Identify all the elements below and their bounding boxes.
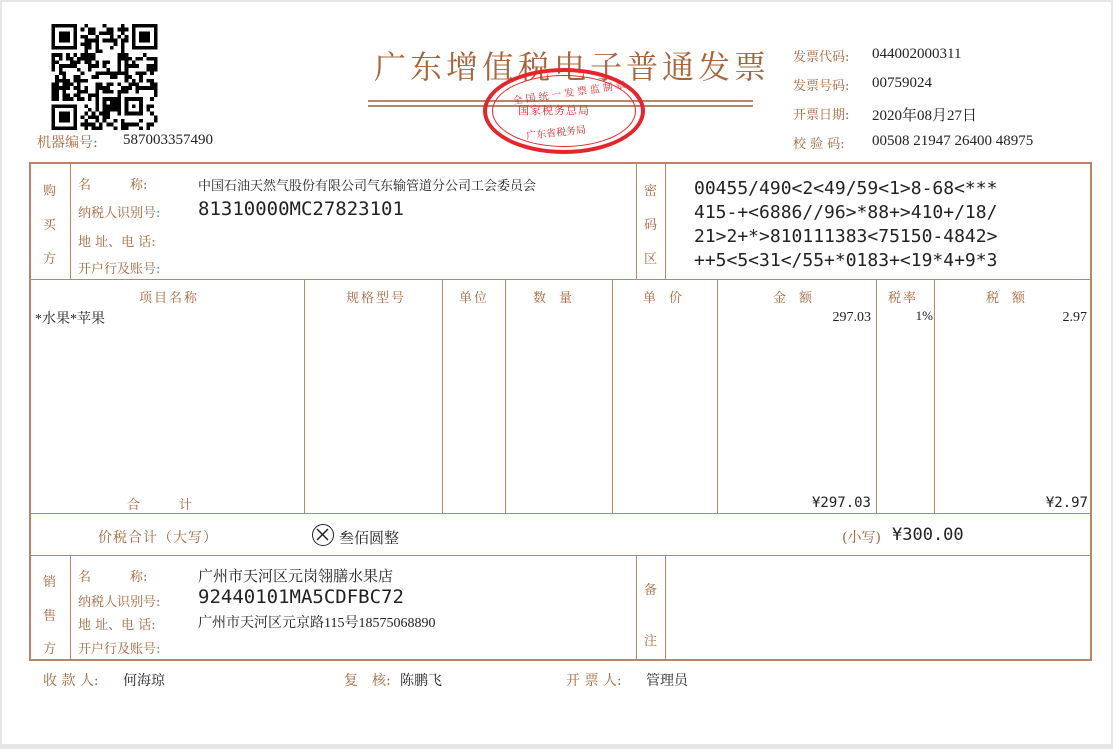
check-code-label: 校 验 码:: [793, 133, 845, 152]
total-tax: ¥2.97: [934, 495, 1088, 511]
seller-address: 广州市天河区元京路115号18575068890: [198, 612, 435, 632]
col-header-tax: 税 额: [986, 287, 1025, 306]
invoice-date: 2020年08月27日: [872, 104, 977, 125]
buyer-name-label: 名 称:: [78, 174, 147, 193]
grand-total-capital: 叁佰圆整: [339, 527, 399, 548]
seller-address-label: 地 址、电 话:: [78, 614, 156, 633]
divider: [665, 555, 666, 660]
issuer-label: 开 票 人:: [566, 670, 622, 690]
invoice-no-label: 发票号码:: [793, 75, 849, 94]
issuer: 管理员: [646, 670, 688, 690]
payee: 何海琼: [123, 670, 165, 690]
divider: [29, 513, 1092, 514]
col-header-unit: 单位: [459, 287, 489, 306]
item-amount: 297.03: [717, 310, 871, 326]
col-header-spec: 规格型号: [346, 287, 406, 306]
seller-side-label: 销: [43, 571, 56, 590]
reviewer: 陈鹏飞: [400, 670, 442, 690]
table-border-right: [1090, 162, 1092, 661]
date-label: 开票日期:: [793, 104, 849, 123]
grand-total-small: ¥300.00: [892, 525, 964, 545]
divider: [304, 279, 305, 514]
check-code: 00508 21947 26400 48975: [872, 133, 1033, 150]
item-rate: 1%: [876, 308, 933, 324]
divider: [70, 162, 71, 280]
payee-label: 收 款 人:: [43, 670, 99, 690]
seller-tax-id: 92440101MA5CDFBC72: [198, 586, 404, 608]
invoice-page: 机器编号: 587003357490 广东增值税电子普通发票 全国统一发票监制章…: [2, 2, 1111, 744]
machine-no: 587003357490: [123, 132, 213, 149]
invoice-code-label: 发票代码:: [793, 46, 849, 65]
col-header-rate: 税率: [888, 287, 918, 306]
divider: [505, 279, 506, 514]
col-header-price: 单 价: [643, 287, 682, 306]
divider: [29, 279, 1092, 280]
divider: [612, 279, 613, 514]
total-amount: ¥297.03: [717, 495, 871, 511]
divider: [442, 279, 443, 514]
cipher-side-label: 密: [644, 180, 657, 199]
cipher-text: 00455/490<2<49/59<1>8-68<*** 415-+<6886/…: [694, 177, 997, 273]
divider: [29, 555, 1092, 556]
buyer-address-label: 地 址、电 话:: [78, 231, 156, 250]
reviewer-label: 复 核:: [344, 670, 391, 690]
buyer-tax-id: 81310000MC27823101: [198, 198, 404, 220]
divider: [636, 162, 637, 280]
buyer-side-label: 买: [43, 214, 56, 233]
item-name: *水果*苹果: [35, 308, 105, 328]
seller-name-label: 名 称:: [78, 566, 147, 585]
divider: [636, 555, 637, 660]
seller-name: 广州市天河区元岗翎膳水果店: [198, 565, 393, 586]
remarks-side-label: 注: [644, 630, 657, 649]
col-header-amount: 金 额: [773, 287, 812, 306]
col-header-qty: 数 量: [533, 287, 572, 306]
grand-total-small-label: (小写): [842, 527, 881, 547]
item-tax: 2.97: [934, 310, 1087, 326]
cipher-line: 21>2+*>810111383<75150-4842>: [694, 225, 997, 249]
col-header-name: 项目名称: [139, 287, 199, 306]
cipher-side-label: 码: [644, 214, 657, 233]
table-border-bottom: [29, 659, 1092, 661]
cipher-line: 00455/490<2<49/59<1>8-68<***: [694, 177, 997, 201]
cipher-side-label: 区: [644, 248, 657, 267]
divider: [70, 555, 71, 660]
invoice-no: 00759024: [872, 75, 932, 92]
remarks-side-label: 备: [644, 579, 657, 598]
table-border-top: [29, 162, 1092, 164]
seller-bank-label: 开户行及账号:: [78, 638, 160, 657]
buyer-tax-id-label: 纳税人识别号:: [78, 202, 160, 221]
seller-tax-id-label: 纳税人识别号:: [78, 591, 160, 610]
grand-total-label: 价税合计（大写）: [98, 527, 218, 547]
buyer-side-label: 方: [43, 248, 56, 267]
seller-side-label: 售: [43, 605, 56, 624]
stamp-line1: 国家税务总局: [518, 102, 590, 118]
seller-side-label: 方: [43, 638, 56, 657]
buyer-side-label: 购: [43, 180, 56, 199]
machine-no-label: 机器编号:: [37, 132, 98, 152]
table-border-left: [29, 162, 31, 661]
circle-x-icon: [312, 524, 334, 546]
qr-code-icon: [51, 24, 158, 130]
invoice-code: 044002000311: [872, 46, 961, 63]
total-label: 合 计: [127, 494, 192, 513]
buyer-name: 中国石油天然气股份有限公司气东输管道分公司工会委员会: [198, 175, 536, 194]
divider: [665, 162, 666, 280]
cipher-line: ++5<5<31</55+*0183+<19*4+9*3: [694, 249, 997, 273]
cipher-line: 415-+<6886//96>*88+>410+/18/: [694, 201, 997, 225]
buyer-bank-label: 开户行及账号:: [78, 258, 160, 277]
